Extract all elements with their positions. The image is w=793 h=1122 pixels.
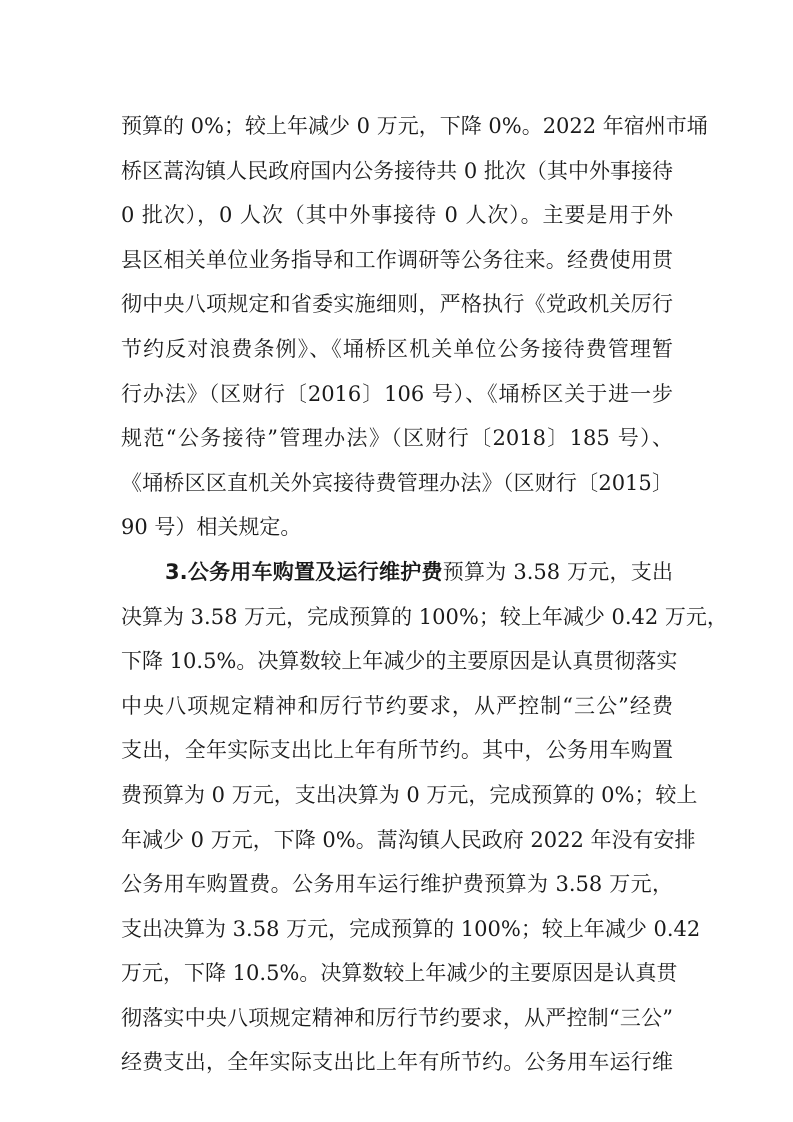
paragraph-vehicle-expenses: 3.公务用车购置及运行维护费预算为 3.58 万元，支出 决算为 3.58 万元… xyxy=(121,550,673,1085)
text-line: 90 号）相关规定。 xyxy=(121,505,673,550)
body-text: 预算的 0%；较上年减少 0 万元，下降 0%。2022 年宿州市埇 桥区蒿沟镇… xyxy=(121,104,673,1085)
text-line: 行办法》（区财行〔2016〕106 号）、《埇桥区关于进一步 xyxy=(121,372,673,417)
text-line: 决算为 3.58 万元，完成预算的 100%；较上年减少 0.42 万元， xyxy=(121,595,673,640)
text-line: 支出，全年实际支出比上年有所节约。其中，公务用车购置 xyxy=(121,728,673,773)
text-line: 年减少 0 万元，下降 0%。蒿沟镇人民政府 2022 年没有安排 xyxy=(121,818,673,863)
heading-continuation: 预算为 3.58 万元，支出 xyxy=(443,560,673,584)
paragraph-reception-expenses: 预算的 0%；较上年减少 0 万元，下降 0%。2022 年宿州市埇 桥区蒿沟镇… xyxy=(121,104,673,550)
text-line: 县区相关单位业务指导和工作调研等公务往来。经费使用贯 xyxy=(121,238,673,283)
text-line: 《埇桥区区直机关外宾接待费管理办法》（区财行〔2015〕 xyxy=(121,461,673,506)
text-line: 下降 10.5%。决算数较上年减少的主要原因是认真贯彻落实 xyxy=(121,639,673,684)
text-line: 万元，下降 10.5%。决算数较上年减少的主要原因是认真贯 xyxy=(121,951,673,996)
text-line: 预算的 0%；较上年减少 0 万元，下降 0%。2022 年宿州市埇 xyxy=(121,104,673,149)
document-page: 预算的 0%；较上年减少 0 万元，下降 0%。2022 年宿州市埇 桥区蒿沟镇… xyxy=(0,0,793,1122)
text-line: 经费支出，全年实际支出比上年有所节约。公务用车运行维 xyxy=(121,1040,673,1085)
text-line: 彻中央八项规定和省委实施细则，严格执行《党政机关厉行 xyxy=(121,282,673,327)
text-line: 费预算为 0 万元，支出决算为 0 万元，完成预算的 0%；较上 xyxy=(121,773,673,818)
text-line: 0 批次），0 人次（其中外事接待 0 人次）。主要是用于外 xyxy=(121,193,673,238)
text-line-first: 3.公务用车购置及运行维护费预算为 3.58 万元，支出 xyxy=(121,550,673,595)
text-line: 节约反对浪费条例》、《埇桥区机关单位公务接待费管理暂 xyxy=(121,327,673,372)
section-heading: 3.公务用车购置及运行维护费 xyxy=(165,560,443,584)
text-line: 桥区蒿沟镇人民政府国内公务接待共 0 批次（其中外事接待 xyxy=(121,149,673,194)
text-line: 彻落实中央八项规定精神和厉行节约要求，从严控制“三公” xyxy=(121,996,673,1041)
text-line: 支出决算为 3.58 万元，完成预算的 100%；较上年减少 0.42 xyxy=(121,907,673,952)
text-line: 中央八项规定精神和厉行节约要求，从严控制“三公”经费 xyxy=(121,684,673,729)
text-line: 公务用车购置费。公务用车运行维护费预算为 3.58 万元， xyxy=(121,862,673,907)
text-line: 规范“公务接待”管理办法》（区财行〔2018〕185 号）、 xyxy=(121,416,673,461)
